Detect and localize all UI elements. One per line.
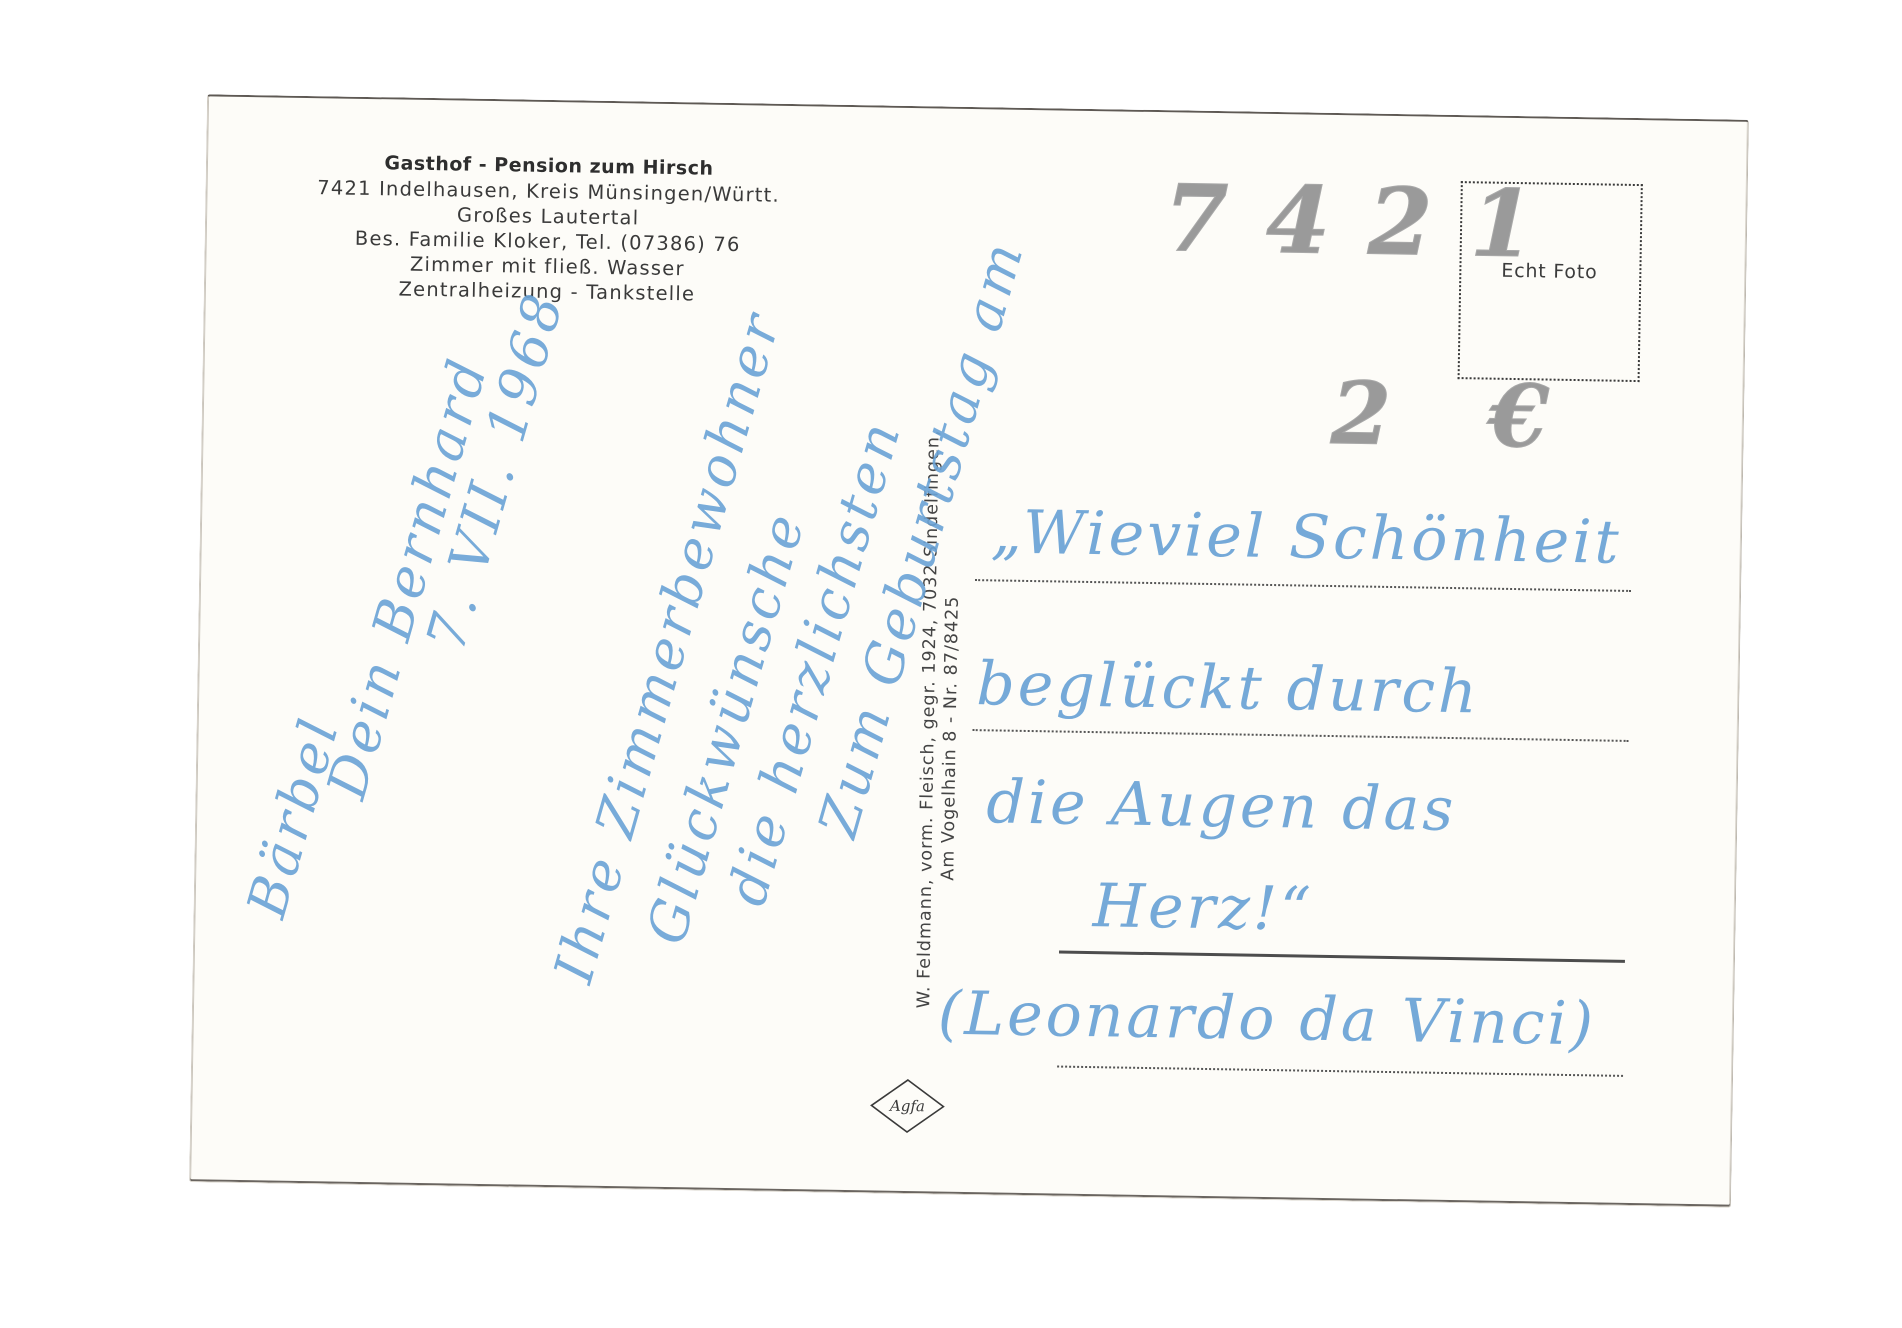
quote-line: die Augen das [986,767,1457,845]
pencil-postcode: 7421 [1163,164,1573,279]
address-line [973,729,1629,742]
pencil-price: 2 € [1330,363,1583,468]
quote-line: Herz!“ [1092,871,1314,945]
quote-line: beglückt durch [976,649,1480,727]
sender-imprint: Gasthof - Pension zum Hirsch 7421 Indelh… [267,149,829,308]
address-underline [1059,951,1625,963]
address-line [975,579,1631,592]
svg-text:Agfa: Agfa [888,1097,925,1116]
agfa-logo-icon: Agfa [869,1077,946,1134]
message-signature: Bärbel [235,709,352,924]
address-line [1057,1066,1623,1077]
quote-line: „Wieviel Schönheit [990,497,1622,577]
quote-attribution: (Leonardo da Vinci) [937,979,1596,1060]
postcard-back: Gasthof - Pension zum Hirsch 7421 Indelh… [189,94,1749,1207]
